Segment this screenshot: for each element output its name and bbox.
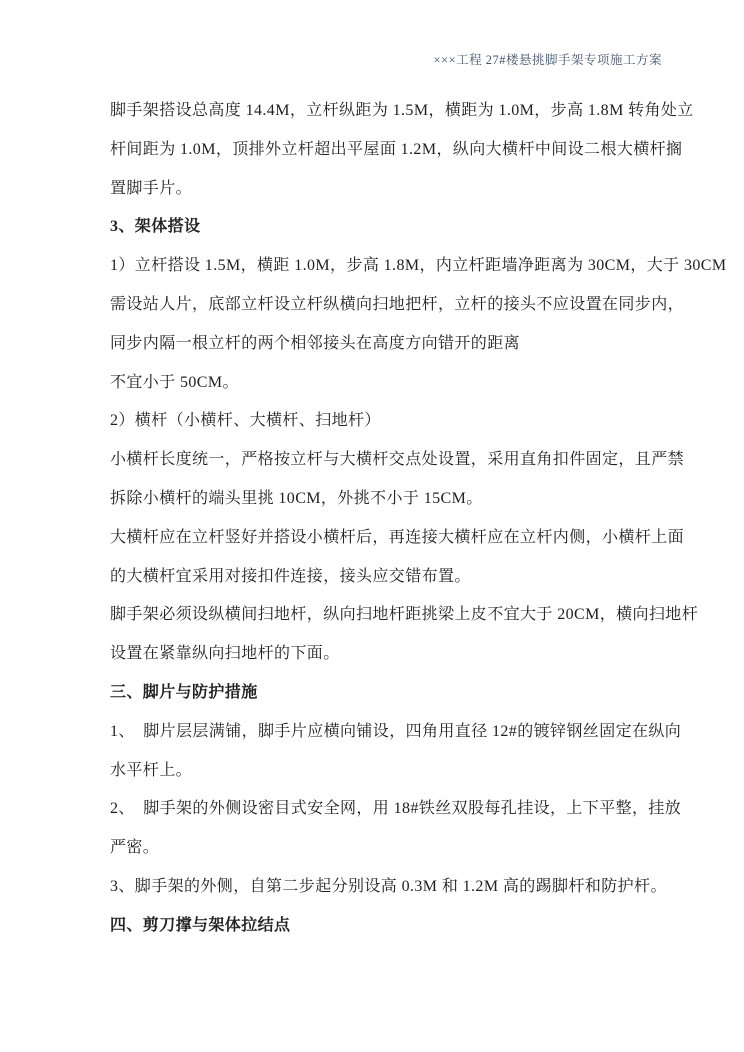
- text-line: 严密。: [110, 829, 670, 868]
- text-line: 置脚手片。: [110, 170, 670, 209]
- header-title: ×××工程 27#楼悬挑脚手架专项施工方案: [433, 53, 662, 67]
- text-line: 需设站人片，底部立杆设立杆纵横向扫地把杆，立杆的接头不应设置在同步内，: [110, 286, 670, 325]
- page-header: ×××工程 27#楼悬挑脚手架专项施工方案: [84, 50, 662, 68]
- text-line: 水平杆上。: [110, 752, 670, 791]
- text-line: 拆除小横杆的端头里挑 10CM，外挑不小于 15CM。: [110, 480, 670, 519]
- text-line: 2、 脚手架的外侧设密目式安全网，用 18#铁丝双股每孔挂设，上下平整，挂放: [110, 790, 670, 829]
- text-line: 3、脚手架的外侧，自第二步起分别设高 0.3M 和 1.2M 高的踢脚杆和防护杆…: [110, 868, 670, 907]
- text-line: 1）立杆搭设 1.5M，横距 1.0M，步高 1.8M，内立杆距墙净距离为 30…: [110, 247, 670, 286]
- text-line: 大横杆应在立杆竖好并搭设小横杆后，再连接大横杆应在立杆内侧，小横杆上面: [110, 519, 670, 558]
- text-line: 设置在紧靠纵向扫地杆的下面。: [110, 635, 670, 674]
- text-line: 脚手架搭设总高度 14.4M，立杆纵距为 1.5M，横距为 1.0M，步高 1.…: [110, 92, 670, 131]
- text-line: 的大横杆宜采用对接扣件连接，接头应交错布置。: [110, 558, 670, 597]
- section-heading: 三、脚片与防护措施: [110, 674, 670, 713]
- text-line: 脚手架必须设纵横间扫地杆，纵向扫地杆距挑梁上皮不宜大于 20CM，横向扫地杆: [110, 596, 670, 635]
- text-line: 小横杆长度统一，严格按立杆与大横杆交点处设置，采用直角扣件固定，且严禁: [110, 441, 670, 480]
- text-line: 2）横杆（小横杆、大横杆、扫地杆）: [110, 402, 670, 441]
- text-line: 不宜小于 50CM。: [110, 364, 670, 403]
- document-page: ×××工程 27#楼悬挑脚手架专项施工方案 脚手架搭设总高度 14.4M，立杆纵…: [0, 0, 744, 1052]
- section-heading: 四、剪刀撑与架体拉结点: [110, 907, 670, 946]
- text-line: 同步内隔一根立杆的两个相邻接头在高度方向错开的距离: [110, 325, 670, 364]
- text-line: 1、 脚片层层满铺，脚手片应横向铺设，四角用直径 12#的镀锌钢丝固定在纵向: [110, 713, 670, 752]
- section-heading: 3、架体搭设: [110, 208, 670, 247]
- document-body: 脚手架搭设总高度 14.4M，立杆纵距为 1.5M，横距为 1.0M，步高 1.…: [110, 92, 670, 946]
- text-line: 杆间距为 1.0M，顶排外立杆超出平屋面 1.2M，纵向大横杆中间设二根大横杆搁: [110, 131, 670, 170]
